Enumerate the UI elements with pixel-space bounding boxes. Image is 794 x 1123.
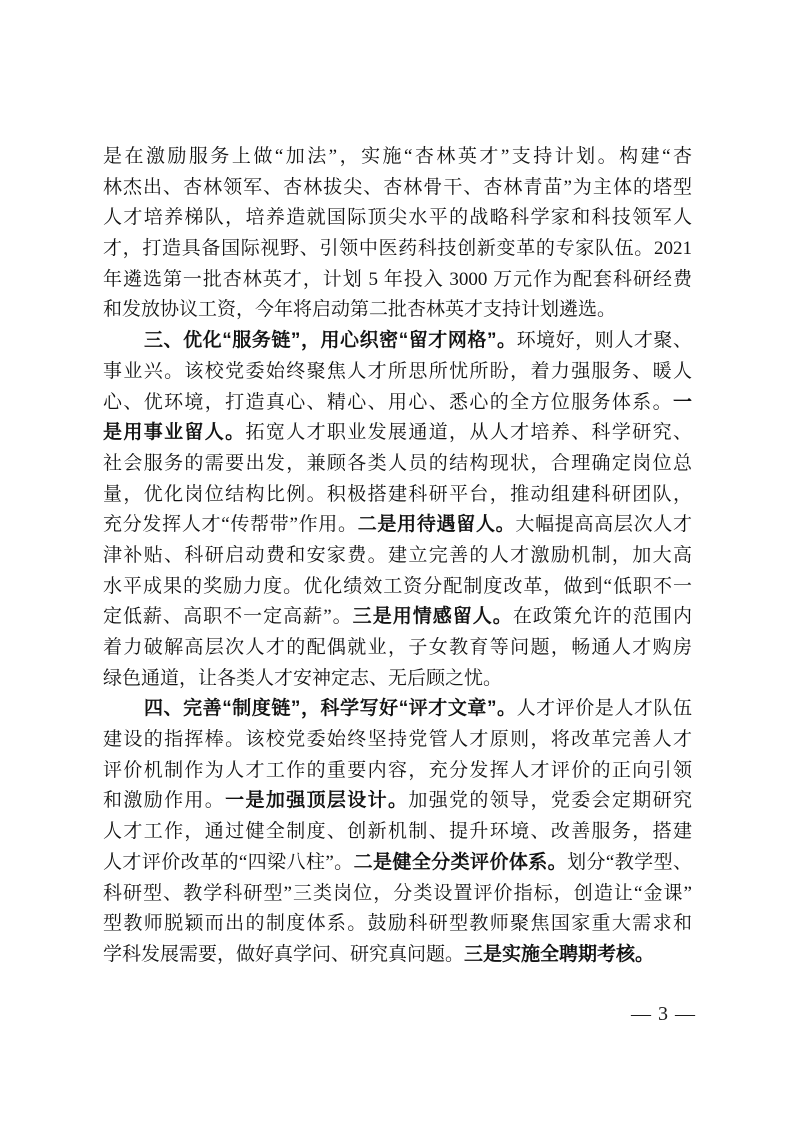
text-line: 人才评价改革的“四梁八柱”。二是健全分类评价体系。划分“教学型、 — [103, 848, 692, 879]
text-line: 三、优化“服务链”，用心织密“留才网格”。环境好，则人才聚、 — [103, 326, 692, 357]
text-segment-normal: 是在激励服务上做“加法”，实施“杏林英才”支持计划。构建“杏 — [103, 146, 692, 167]
text-segment-emphasis: 三是实施全聘期考核。 — [464, 944, 654, 965]
text-line: 才，打造具备国际视野、引领中医药科技创新变革的专家队伍。2021 — [103, 234, 692, 265]
text-line: 是在激励服务上做“加法”，实施“杏林英才”支持计划。构建“杏 — [103, 142, 692, 173]
text-segment-normal: 大幅提高高层次人才 — [515, 514, 692, 535]
page-number: — 3 — — [631, 1003, 696, 1026]
text-segment-normal: 定低薪、高职不一定高薪”。 — [103, 606, 353, 627]
text-segment-normal: 绿色通道，让各类人才安神定志、无后顾之忧。 — [103, 668, 502, 689]
text-line: 评价机制作为人才工作的重要内容，充分发挥人才评价的正向引领 — [103, 756, 692, 787]
text-line: 量，优化岗位结构比例。积极搭建科研平台，推动组建科研团队， — [103, 480, 692, 511]
text-segment-normal: 人才评价改革的“四梁八柱”。 — [103, 852, 354, 873]
text-line: 和发放协议工资，今年将启动第二批杏林英才支持计划遴选。 — [103, 295, 692, 326]
text-segment-normal: 评价机制作为人才工作的重要内容，充分发挥人才评价的正向引领 — [103, 760, 692, 781]
text-segment-normal: 拓宽人才职业发展通道，从人才培养、科学研究、 — [246, 422, 692, 443]
text-segment-normal: 事业兴。该校党委始终聚焦人才所思所忧所盼，着力强服务、暖人 — [103, 361, 692, 382]
text-segment-normal: 充分发挥人才“传帮带”作用。 — [103, 514, 358, 535]
document-page: 是在激励服务上做“加法”，实施“杏林英才”支持计划。构建“杏林杰出、杏林领军、杏… — [0, 0, 794, 1123]
text-line: 人才培养梯队，培养造就国际顶尖水平的战略科学家和科技领军人 — [103, 203, 692, 234]
text-segment-heading: 三、优化“服务链”，用心织密“留才网格”。 — [144, 330, 517, 351]
text-line: 四、完善“制度链”，科学写好“评才文章”。人才评价是人才队伍 — [103, 694, 692, 725]
text-line: 林杰出、杏林领军、杏林拔尖、杏林骨干、杏林青苗”为主体的塔型 — [103, 173, 692, 204]
text-line: 绿色通道，让各类人才安神定志、无后顾之忧。 — [103, 664, 692, 695]
text-line: 和激励作用。一是加强顶层设计。加强党的领导，党委会定期研究 — [103, 786, 692, 817]
text-segment-normal: 科研型、教学科研型”三类岗位，分类设置评价指标，创造让“金课” — [103, 883, 692, 904]
text-segment-normal: 和激励作用。 — [103, 790, 225, 811]
text-segment-normal: 学科发展需要，做好真学问、研究真问题。 — [103, 944, 464, 965]
text-segment-normal: 林杰出、杏林领军、杏林拔尖、杏林骨干、杏林青苗”为主体的塔型 — [103, 177, 692, 198]
text-segment-normal: 加强党的领导，党委会定期研究 — [408, 790, 692, 811]
text-line: 事业兴。该校党委始终聚焦人才所思所忧所盼，着力强服务、暖人 — [103, 357, 692, 388]
text-segment-normal: 量，优化岗位结构比例。积极搭建科研平台，推动组建科研团队， — [103, 484, 692, 505]
text-segment-normal: 才，打造具备国际视野、引领中医药科技创新变革的专家队伍。2021 — [103, 238, 692, 259]
text-segment-normal: 划分“教学型、 — [567, 852, 692, 873]
text-segment-normal: 在政策允许的范围内 — [513, 606, 692, 627]
text-segment-normal: 津补贴、科研启动费和安家费。建立完善的人才激励机制，加大高 — [103, 545, 692, 566]
text-line: 建设的指挥棒。该校党委始终坚持党管人才原则，将改革完善人才 — [103, 725, 692, 756]
text-segment-emphasis: 一 — [673, 392, 692, 413]
text-segment-heading: 四、完善“制度链”，科学写好“评才文章”。 — [144, 698, 517, 719]
text-segment-normal: 环境好，则人才聚、 — [517, 330, 692, 351]
text-line: 科研型、教学科研型”三类岗位，分类设置评价指标，创造让“金课” — [103, 879, 692, 910]
text-segment-normal: 年遴选第一批杏林英才，计划 5 年投入 3000 万元作为配套科研经费 — [103, 269, 692, 290]
text-line: 人才工作，通过健全制度、创新机制、提升环境、改善服务，搭建 — [103, 817, 692, 848]
text-segment-normal: 人才培养梯队，培养造就国际顶尖水平的战略科学家和科技领军人 — [103, 207, 692, 228]
text-segment-normal: 和发放协议工资，今年将启动第二批杏林英才支持计划遴选。 — [103, 299, 616, 320]
text-line: 社会服务的需要出发，兼顾各类人员的结构现状，合理确定岗位总 — [103, 449, 692, 480]
text-segment-normal: 人才工作，通过健全制度、创新机制、提升环境、改善服务，搭建 — [103, 821, 692, 842]
text-segment-normal: 人才评价是人才队伍 — [517, 698, 692, 719]
text-line: 定低薪、高职不一定高薪”。三是用情感留人。在政策允许的范围内 — [103, 602, 692, 633]
text-line: 充分发挥人才“传帮带”作用。二是用待遇留人。大幅提高高层次人才 — [103, 510, 692, 541]
text-block: 是在激励服务上做“加法”，实施“杏林英才”支持计划。构建“杏林杰出、杏林领军、杏… — [103, 142, 692, 971]
text-line: 着力破解高层次人才的配偶就业，子女教育等问题，畅通人才购房 — [103, 633, 692, 664]
text-segment-normal: 社会服务的需要出发，兼顾各类人员的结构现状，合理确定岗位总 — [103, 453, 692, 474]
text-line: 学科发展需要，做好真学问、研究真问题。三是实施全聘期考核。 — [103, 940, 692, 971]
text-segment-emphasis: 三是用情感留人。 — [353, 606, 513, 627]
text-line: 水平成果的奖励力度。优化绩效工资分配制度改革，做到“低职不一 — [103, 572, 692, 603]
text-segment-emphasis: 是用事业留人。 — [103, 422, 246, 443]
text-line: 型教师脱颖而出的制度体系。鼓励科研型教师聚焦国家重大需求和 — [103, 909, 692, 940]
text-segment-normal: 水平成果的奖励力度。优化绩效工资分配制度改革，做到“低职不一 — [103, 576, 692, 597]
text-segment-normal: 心、优环境，打造真心、精心、用心、悉心的全方位服务体系。 — [103, 392, 673, 413]
text-line: 心、优环境，打造真心、精心、用心、悉心的全方位服务体系。一 — [103, 388, 692, 419]
text-segment-emphasis: 二是用待遇留人。 — [358, 514, 516, 535]
text-segment-normal: 着力破解高层次人才的配偶就业，子女教育等问题，畅通人才购房 — [103, 637, 692, 658]
text-segment-normal: 建设的指挥棒。该校党委始终坚持党管人才原则，将改革完善人才 — [103, 729, 692, 750]
text-segment-emphasis: 一是加强顶层设计。 — [225, 790, 408, 811]
text-segment-emphasis: 二是健全分类评价体系。 — [354, 852, 568, 873]
text-line: 是用事业留人。拓宽人才职业发展通道，从人才培养、科学研究、 — [103, 418, 692, 449]
text-line: 津补贴、科研启动费和安家费。建立完善的人才激励机制，加大高 — [103, 541, 692, 572]
text-line: 年遴选第一批杏林英才，计划 5 年投入 3000 万元作为配套科研经费 — [103, 265, 692, 296]
text-segment-normal: 型教师脱颖而出的制度体系。鼓励科研型教师聚焦国家重大需求和 — [103, 913, 692, 934]
